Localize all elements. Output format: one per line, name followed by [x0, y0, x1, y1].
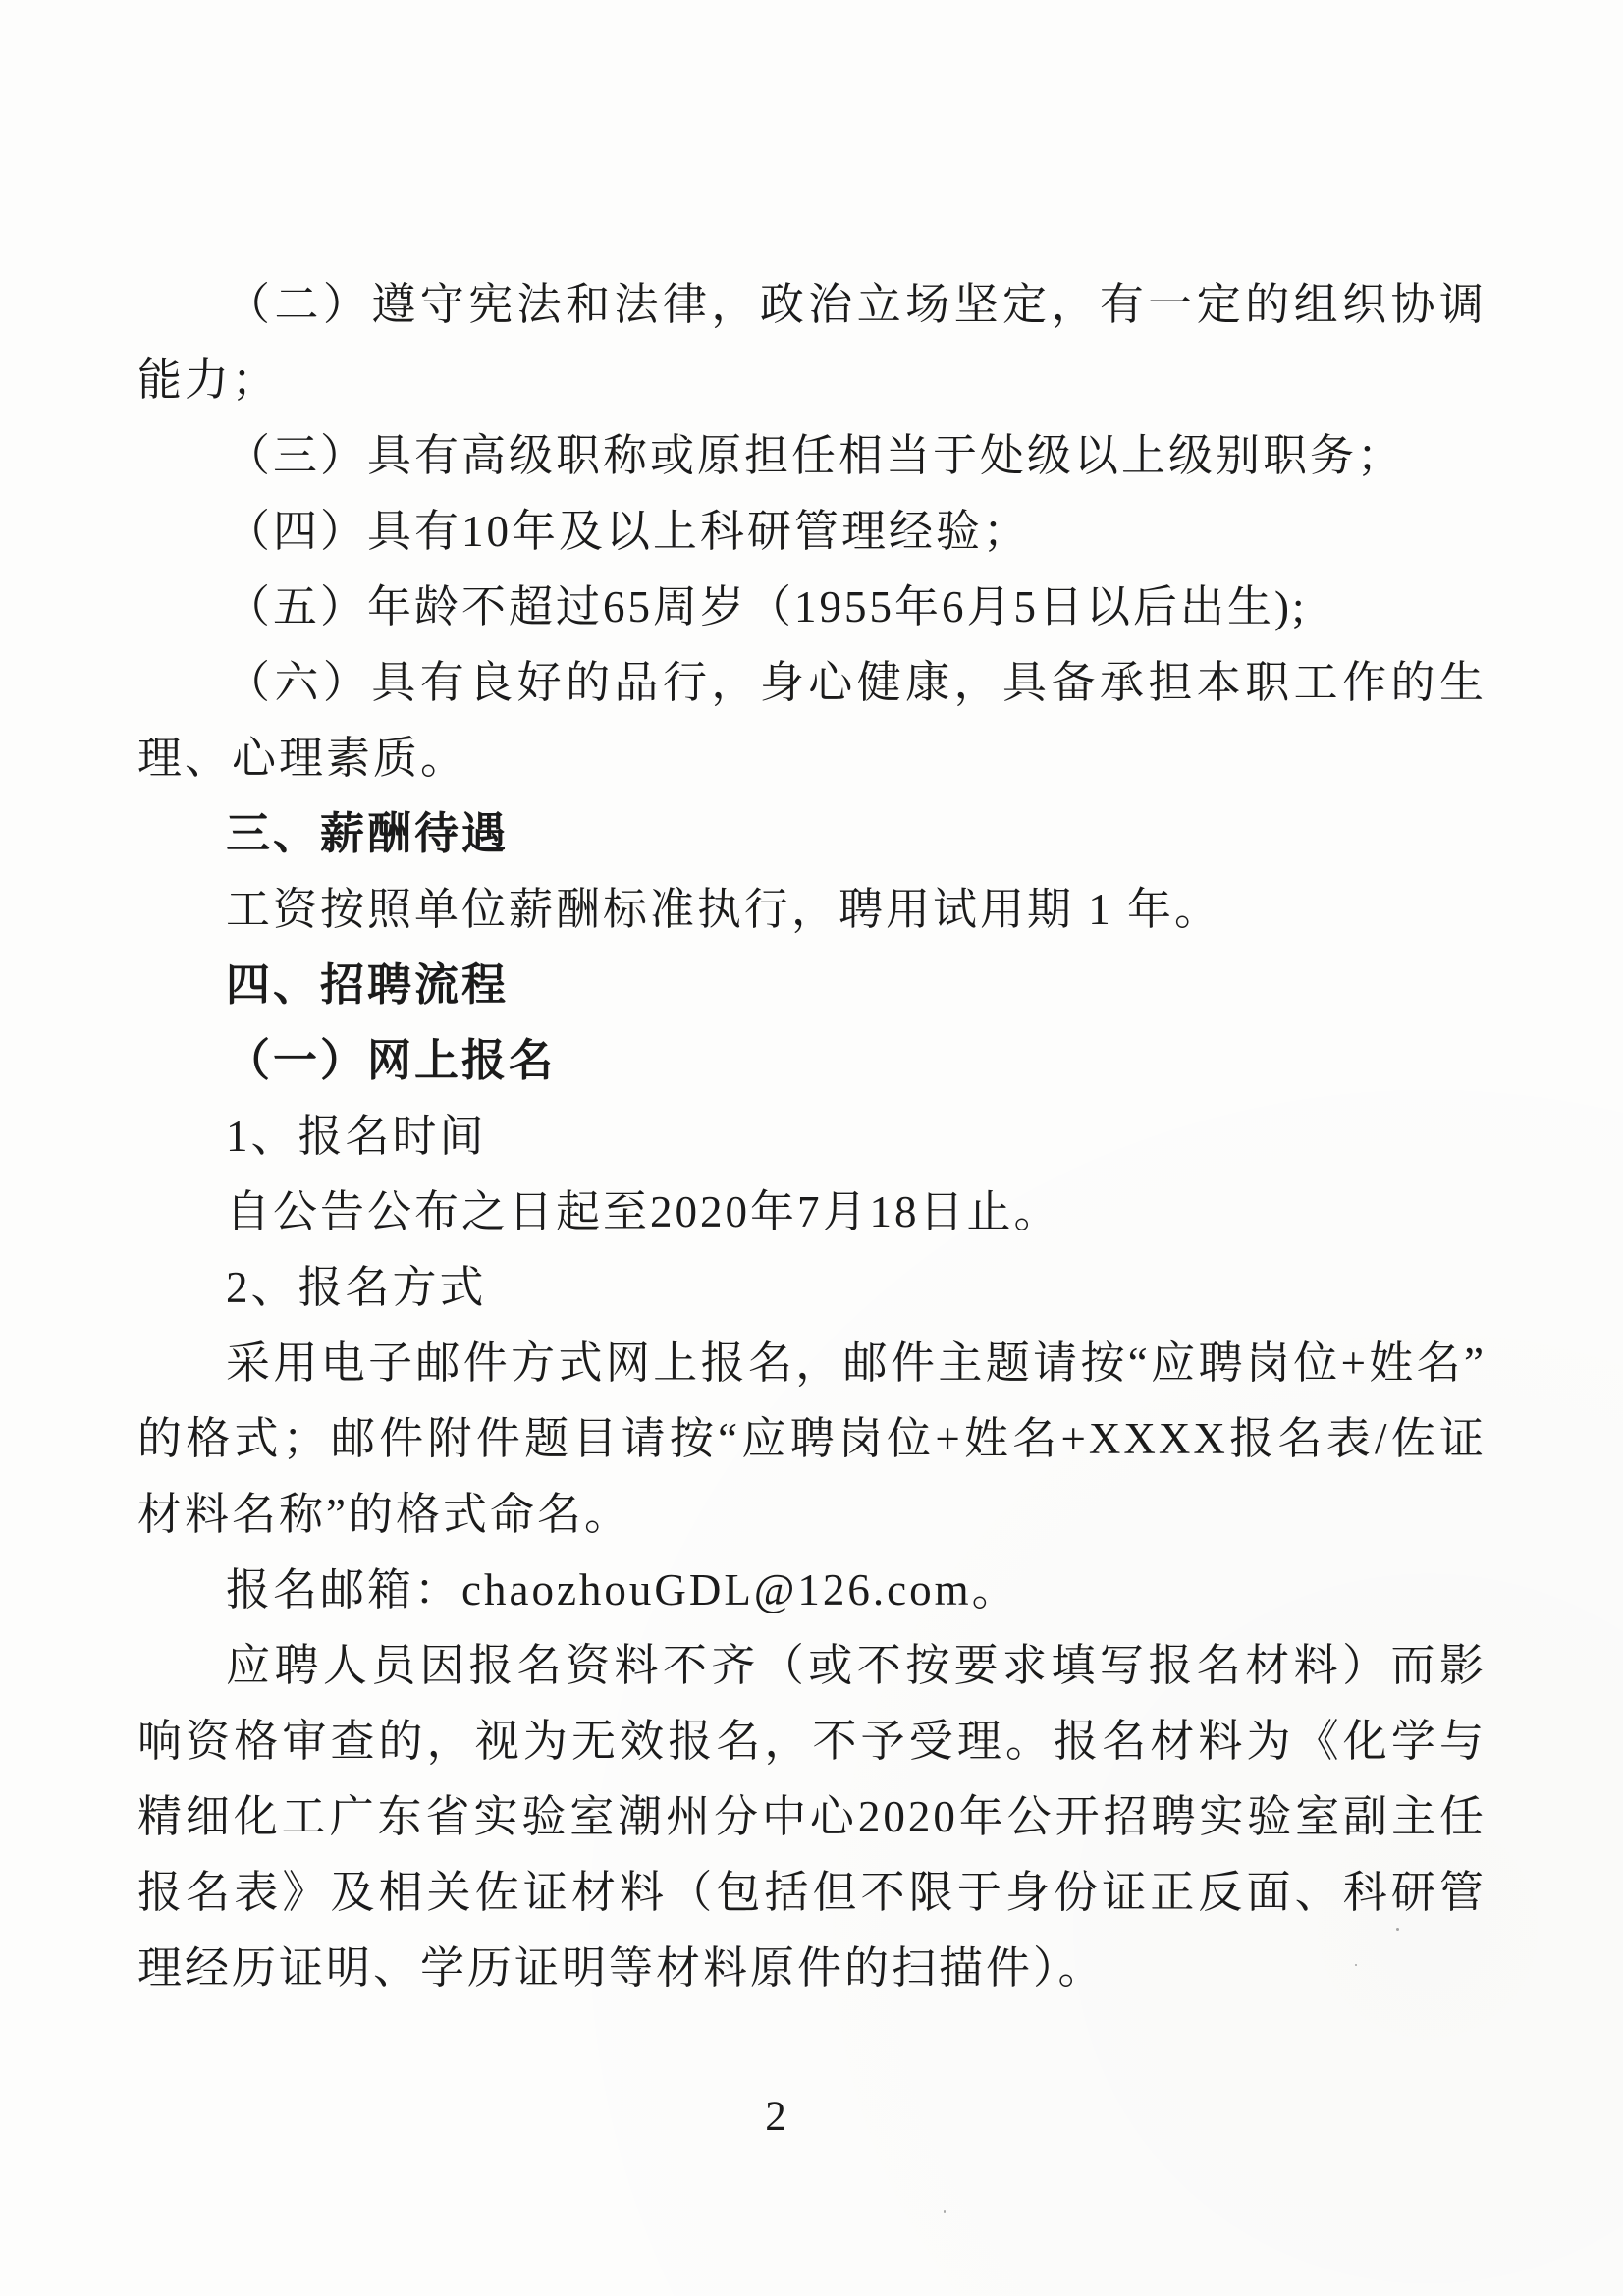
para-registration-method-detail: 采用电子邮件方式网上报名，邮件主题请按“应聘岗位+姓名”的格式；邮件附件题目请按… [137, 1326, 1487, 1553]
para-registration-email: 报名邮箱：chaozhouGDL@126.com。 [137, 1553, 1487, 1628]
document-page: （二）遵守宪法和法律，政治立场坚定，有一定的组织协调能力； （三）具有高级职称或… [0, 0, 1623, 2296]
para-condition-2: （二）遵守宪法和法律，政治立场坚定，有一定的组织协调能力； [137, 267, 1487, 418]
para-registration-deadline: 自公告公布之日起至2020年7月18日止。 [137, 1175, 1487, 1250]
para-registration-time-label: 1、报名时间 [137, 1099, 1487, 1175]
scan-speckle [944, 2210, 946, 2213]
para-condition-3: （三）具有高级职称或原担任相当于处级以上级别职务； [137, 418, 1487, 494]
heading-section-4-recruitment-process: 四、招聘流程 [137, 948, 1487, 1023]
page-number: 2 [677, 2088, 874, 2147]
scan-speckle [1396, 1928, 1399, 1931]
para-salary-detail: 工资按照单位薪酬标准执行，聘用试用期 1 年。 [137, 872, 1487, 948]
para-invalid-registration-note: 应聘人员因报名资料不齐（或不按要求填写报名材料）而影响资格审查的，视为无效报名，… [137, 1628, 1487, 2006]
heading-online-registration: （一）网上报名 [137, 1023, 1487, 1099]
para-condition-4: （四）具有10年及以上科研管理经验； [137, 494, 1487, 570]
document-body: （二）遵守宪法和法律，政治立场坚定，有一定的组织协调能力； （三）具有高级职称或… [137, 267, 1487, 2006]
para-condition-5: （五）年龄不超过65周岁（1955年6月5日以后出生); [137, 570, 1487, 645]
heading-section-3-salary: 三、薪酬待遇 [137, 796, 1487, 872]
para-condition-6: （六）具有良好的品行，身心健康，具备承担本职工作的生理、心理素质。 [137, 645, 1487, 796]
para-registration-method-label: 2、报名方式 [137, 1250, 1487, 1326]
scan-speckle [1355, 1964, 1357, 1966]
